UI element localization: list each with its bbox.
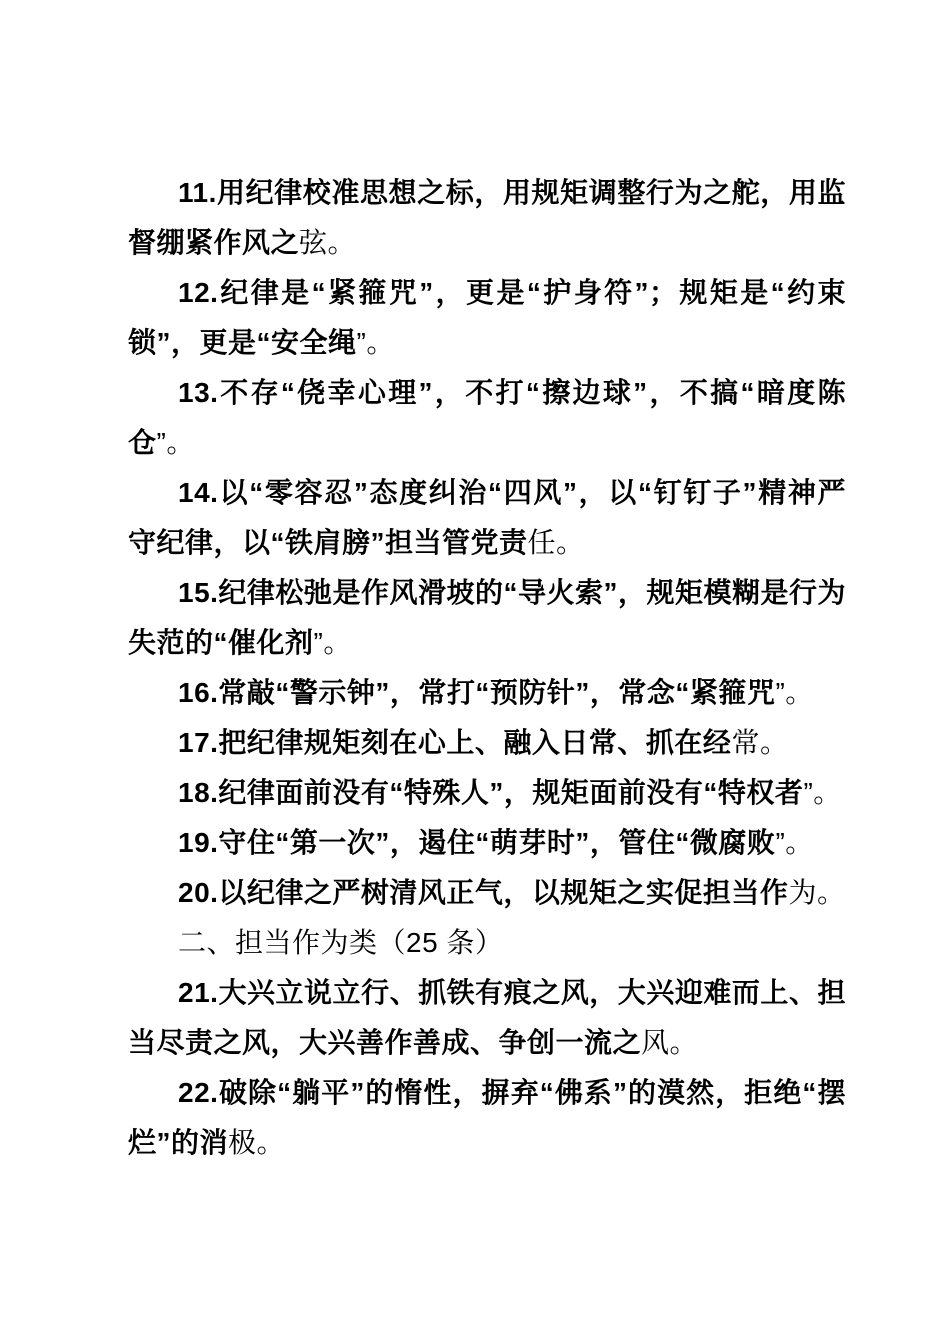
numbered-item: 21.大兴立说立行、抓铁有痕之风，大兴迎难而上、担当尽责之风，大兴善作善成、争创… <box>128 968 846 1068</box>
numbered-item: 14.以“零容忍”态度纠治“四风”，以“钉钉子”精神严守纪律，以“铁肩膀”担当管… <box>128 468 846 568</box>
numbered-item: 13.不存“侥幸心理”，不打“擦边球”，不搞“暗度陈仓”。 <box>128 368 846 468</box>
text-segment: 二、担当作为类（25 条） <box>178 927 503 958</box>
text-segment: 11.用纪律校准思想之标，用规矩调整行为之舵，用监督绷紧作风之 <box>128 177 846 258</box>
text-segment: 18.纪律面前没有“特殊人”，规矩面前没有“特权者 <box>178 777 803 808</box>
text-segment: ”。 <box>775 677 813 708</box>
text-segment: 17.把纪律规矩刻在心上、融入日常、抓在经 <box>178 727 731 758</box>
text-segment: 16.常敲“警示钟”，常打“预防针”，常念“紧箍咒 <box>178 677 775 708</box>
text-segment: 14.以“零容忍”态度纠治“四风”，以“钉钉子”精神严守纪律，以“铁肩膀”担当管… <box>128 477 846 558</box>
text-segment: 常。 <box>731 727 788 758</box>
document-body: 11.用纪律校准思想之标，用规矩调整行为之舵，用监督绷紧作风之弦。12.纪律是“… <box>128 168 846 1168</box>
text-segment: 12.纪律是“紧箍咒”，更是“护身符”；规矩是“约束锁”，更是“安全绳 <box>128 277 846 358</box>
text-segment: ”。 <box>157 427 195 458</box>
section-heading: 二、担当作为类（25 条） <box>128 918 846 968</box>
text-segment: 13.不存“侥幸心理”，不打“擦边球”，不搞“暗度陈仓 <box>128 377 846 458</box>
text-segment: 为。 <box>788 877 845 908</box>
text-segment: 15.纪律松弛是作风滑坡的“导火索”，规矩模糊是行为失范的“催化剂 <box>128 577 846 658</box>
text-segment: 弦。 <box>299 227 356 258</box>
numbered-item: 20.以纪律之严树清风正气，以规矩之实促担当作为。 <box>128 868 846 918</box>
numbered-item: 17.把纪律规矩刻在心上、融入日常、抓在经常。 <box>128 718 846 768</box>
text-segment: 20.以纪律之严树清风正气，以规矩之实促担当作 <box>178 877 788 908</box>
numbered-item: 19.守住“第一次”，遏住“萌芽时”，管住“微腐败”。 <box>128 818 846 868</box>
text-segment: 风。 <box>641 1027 698 1058</box>
numbered-item: 12.纪律是“紧箍咒”，更是“护身符”；规矩是“约束锁”，更是“安全绳”。 <box>128 268 846 368</box>
text-segment: 19.守住“第一次”，遏住“萌芽时”，管住“微腐败 <box>178 827 775 858</box>
numbered-item: 11.用纪律校准思想之标，用规矩调整行为之舵，用监督绷紧作风之弦。 <box>128 168 846 268</box>
text-segment: ”。 <box>314 627 352 658</box>
text-segment: 极。 <box>228 1127 285 1158</box>
numbered-item: 18.纪律面前没有“特殊人”，规矩面前没有“特权者”。 <box>128 768 846 818</box>
numbered-item: 16.常敲“警示钟”，常打“预防针”，常念“紧箍咒”。 <box>128 668 846 718</box>
document-page: 11.用纪律校准思想之标，用规矩调整行为之舵，用监督绷紧作风之弦。12.纪律是“… <box>0 0 950 1344</box>
text-segment: ”。 <box>775 827 813 858</box>
text-segment: ”。 <box>357 327 395 358</box>
text-segment: ”。 <box>803 777 841 808</box>
numbered-item: 22.破除“躺平”的惰性，摒弃“佛系”的漠然，拒绝“摆烂”的消极。 <box>128 1068 846 1168</box>
text-segment: 21.大兴立说立行、抓铁有痕之风，大兴迎难而上、担当尽责之风，大兴善作善成、争创… <box>128 977 846 1058</box>
text-segment: 任。 <box>528 527 585 558</box>
numbered-item: 15.纪律松弛是作风滑坡的“导火索”，规矩模糊是行为失范的“催化剂”。 <box>128 568 846 668</box>
